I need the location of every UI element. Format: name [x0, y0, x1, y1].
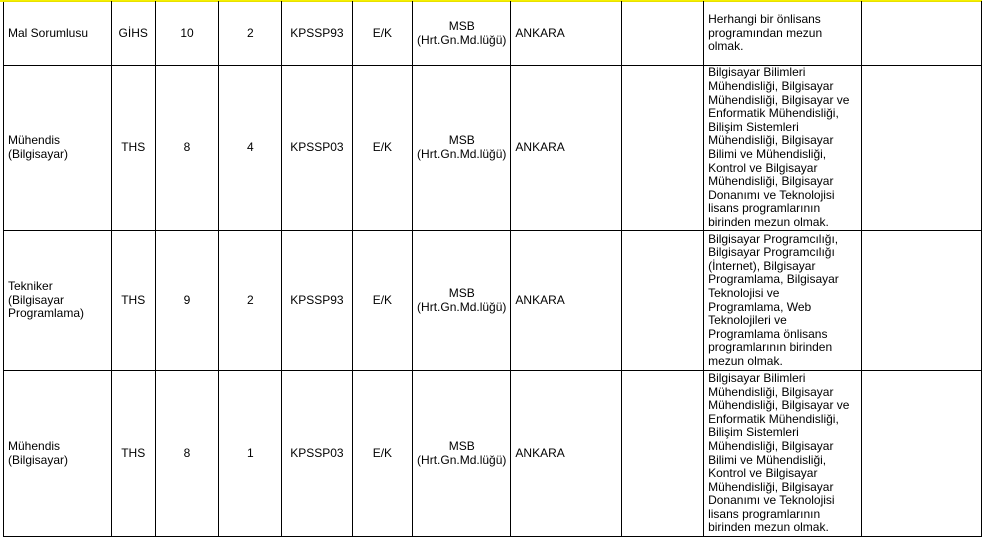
requirement-cell: Herhangi bir önlisans programından mezun… [704, 2, 861, 66]
gender-cell: E/K [352, 66, 412, 231]
position-title-cell: Mühendis (Bilgisayar) [4, 371, 112, 537]
city-cell: ANKARA [511, 2, 621, 66]
unit-cell: MSB (Hrt.Gn.Md.lüğü) [413, 231, 511, 371]
table-row: Tekniker (Bilgisayar Programlama) THS 9 … [4, 231, 982, 371]
kpss-cell: KPSSP03 [282, 66, 353, 231]
kpss-cell: KPSSP93 [282, 2, 353, 66]
position-title-cell: Tekniker (Bilgisayar Programlama) [4, 231, 112, 371]
city-cell: ANKARA [511, 371, 621, 537]
kpss-cell: KPSSP93 [282, 231, 353, 371]
degree-cell: 10 [155, 2, 219, 66]
degree-cell: 8 [155, 371, 219, 537]
class-cell: THS [111, 231, 155, 371]
gender-cell: E/K [352, 371, 412, 537]
city-cell: ANKARA [511, 66, 621, 231]
table-row: Mühendis (Bilgisayar) THS 8 4 KPSSP03 E/… [4, 66, 982, 231]
job-listings-table: Mal Sorumlusu GİHS 10 2 KPSSP93 E/K MSB … [3, 1, 982, 537]
kpss-cell: KPSSP03 [282, 371, 353, 537]
position-title-cell: Mühendis (Bilgisayar) [4, 66, 112, 231]
table-row: Mal Sorumlusu GİHS 10 2 KPSSP93 E/K MSB … [4, 2, 982, 66]
blank-cell [621, 66, 703, 231]
gender-cell: E/K [352, 231, 412, 371]
blank-cell [621, 371, 703, 537]
degree-cell: 8 [155, 66, 219, 231]
unit-cell: MSB (Hrt.Gn.Md.lüğü) [413, 371, 511, 537]
gender-cell: E/K [352, 2, 412, 66]
unit-cell: MSB (Hrt.Gn.Md.lüğü) [413, 66, 511, 231]
blank-cell [621, 231, 703, 371]
requirement-cell: Bilgisayar Bilimleri Mühendisliği, Bilgi… [704, 66, 861, 231]
requirement-cell: Bilgisayar Programcılığı, Bilgisayar Pro… [704, 231, 861, 371]
table-row: Mühendis (Bilgisayar) THS 8 1 KPSSP03 E/… [4, 371, 982, 537]
unit-cell: MSB (Hrt.Gn.Md.lüğü) [413, 2, 511, 66]
city-cell: ANKARA [511, 231, 621, 371]
class-cell: THS [111, 371, 155, 537]
count-cell: 4 [219, 66, 282, 231]
note-cell [861, 2, 981, 66]
count-cell: 2 [219, 2, 282, 66]
count-cell: 2 [219, 231, 282, 371]
blank-cell [621, 2, 703, 66]
note-cell [861, 231, 981, 371]
requirement-cell: Bilgisayar Bilimleri Mühendisliği, Bilgi… [704, 371, 861, 537]
class-cell: THS [111, 66, 155, 231]
class-cell: GİHS [111, 2, 155, 66]
note-cell [861, 371, 981, 537]
position-title-cell: Mal Sorumlusu [4, 2, 112, 66]
count-cell: 1 [219, 371, 282, 537]
degree-cell: 9 [155, 231, 219, 371]
note-cell [861, 66, 981, 231]
